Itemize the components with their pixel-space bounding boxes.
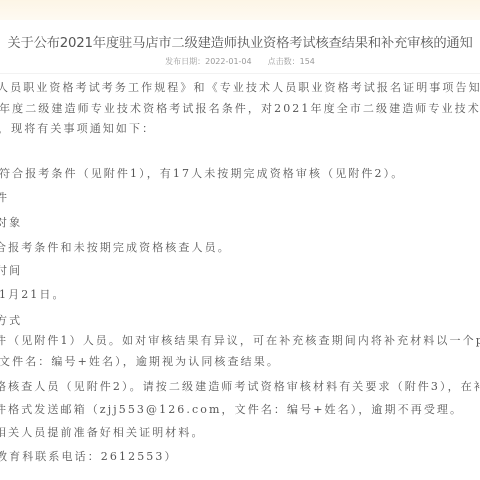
body-line: 符合报考条件（见附件1），有17人未按期完成资格审核（见附件2）。 (0, 167, 404, 181)
page-title: 关于公布2021年度驻马店市二级建造师执业资格考试核查结果和补充审核的通知 (0, 32, 480, 51)
body-line: 文件名：编号+姓名），逾期视为认同核查结果。 (0, 355, 280, 369)
body-line: 对象 (0, 216, 22, 230)
body-line: 教育科联系电话：2612553） (0, 450, 178, 464)
body-line: 件 (0, 191, 9, 205)
body-line: 方式 (0, 314, 22, 328)
body-line: 件格式发送邮箱（zjj553@126.com，文件名：编号+姓名），逾期不再受理… (0, 403, 463, 417)
top-banner-band (0, 0, 480, 20)
publish-date: 发布日期：2022-01-04 (165, 56, 252, 67)
body-line: 时间 (0, 264, 22, 278)
body-line: 相关人员提前准备好相关证明材料。 (0, 426, 205, 440)
click-count: 点击数：154 (268, 56, 315, 67)
body-line: 人员职业资格考试考务工作规程》和《专业技术人员职业资格考试报名证明事项告知承 (0, 81, 480, 95)
body-line: 合报考条件和未按期完成资格核查人员。 (0, 241, 231, 255)
body-line: 件（见附件1）人员。如对审核结果有异议，可在补充核查期间内将补充材料以一个pdf (0, 334, 480, 348)
body-line: 格核查人员（见附件2）。请按二级建造师考试资格审核材料有关要求（附件3），在补 (0, 380, 480, 394)
article-header: 关于公布2021年度驻马店市二级建造师执业资格考试核查结果和补充审核的通知 发布… (0, 20, 480, 74)
body-line: 年度二级建造师专业技术资格考试报名条件，对2021年度全市二级建造师专业技术资 (0, 102, 480, 116)
body-line: ，现将有关事项通知如下： (0, 122, 155, 136)
article-meta: 发布日期：2022-01-04点击数：154 (0, 56, 480, 67)
body-line: 1月21日。 (0, 288, 66, 302)
